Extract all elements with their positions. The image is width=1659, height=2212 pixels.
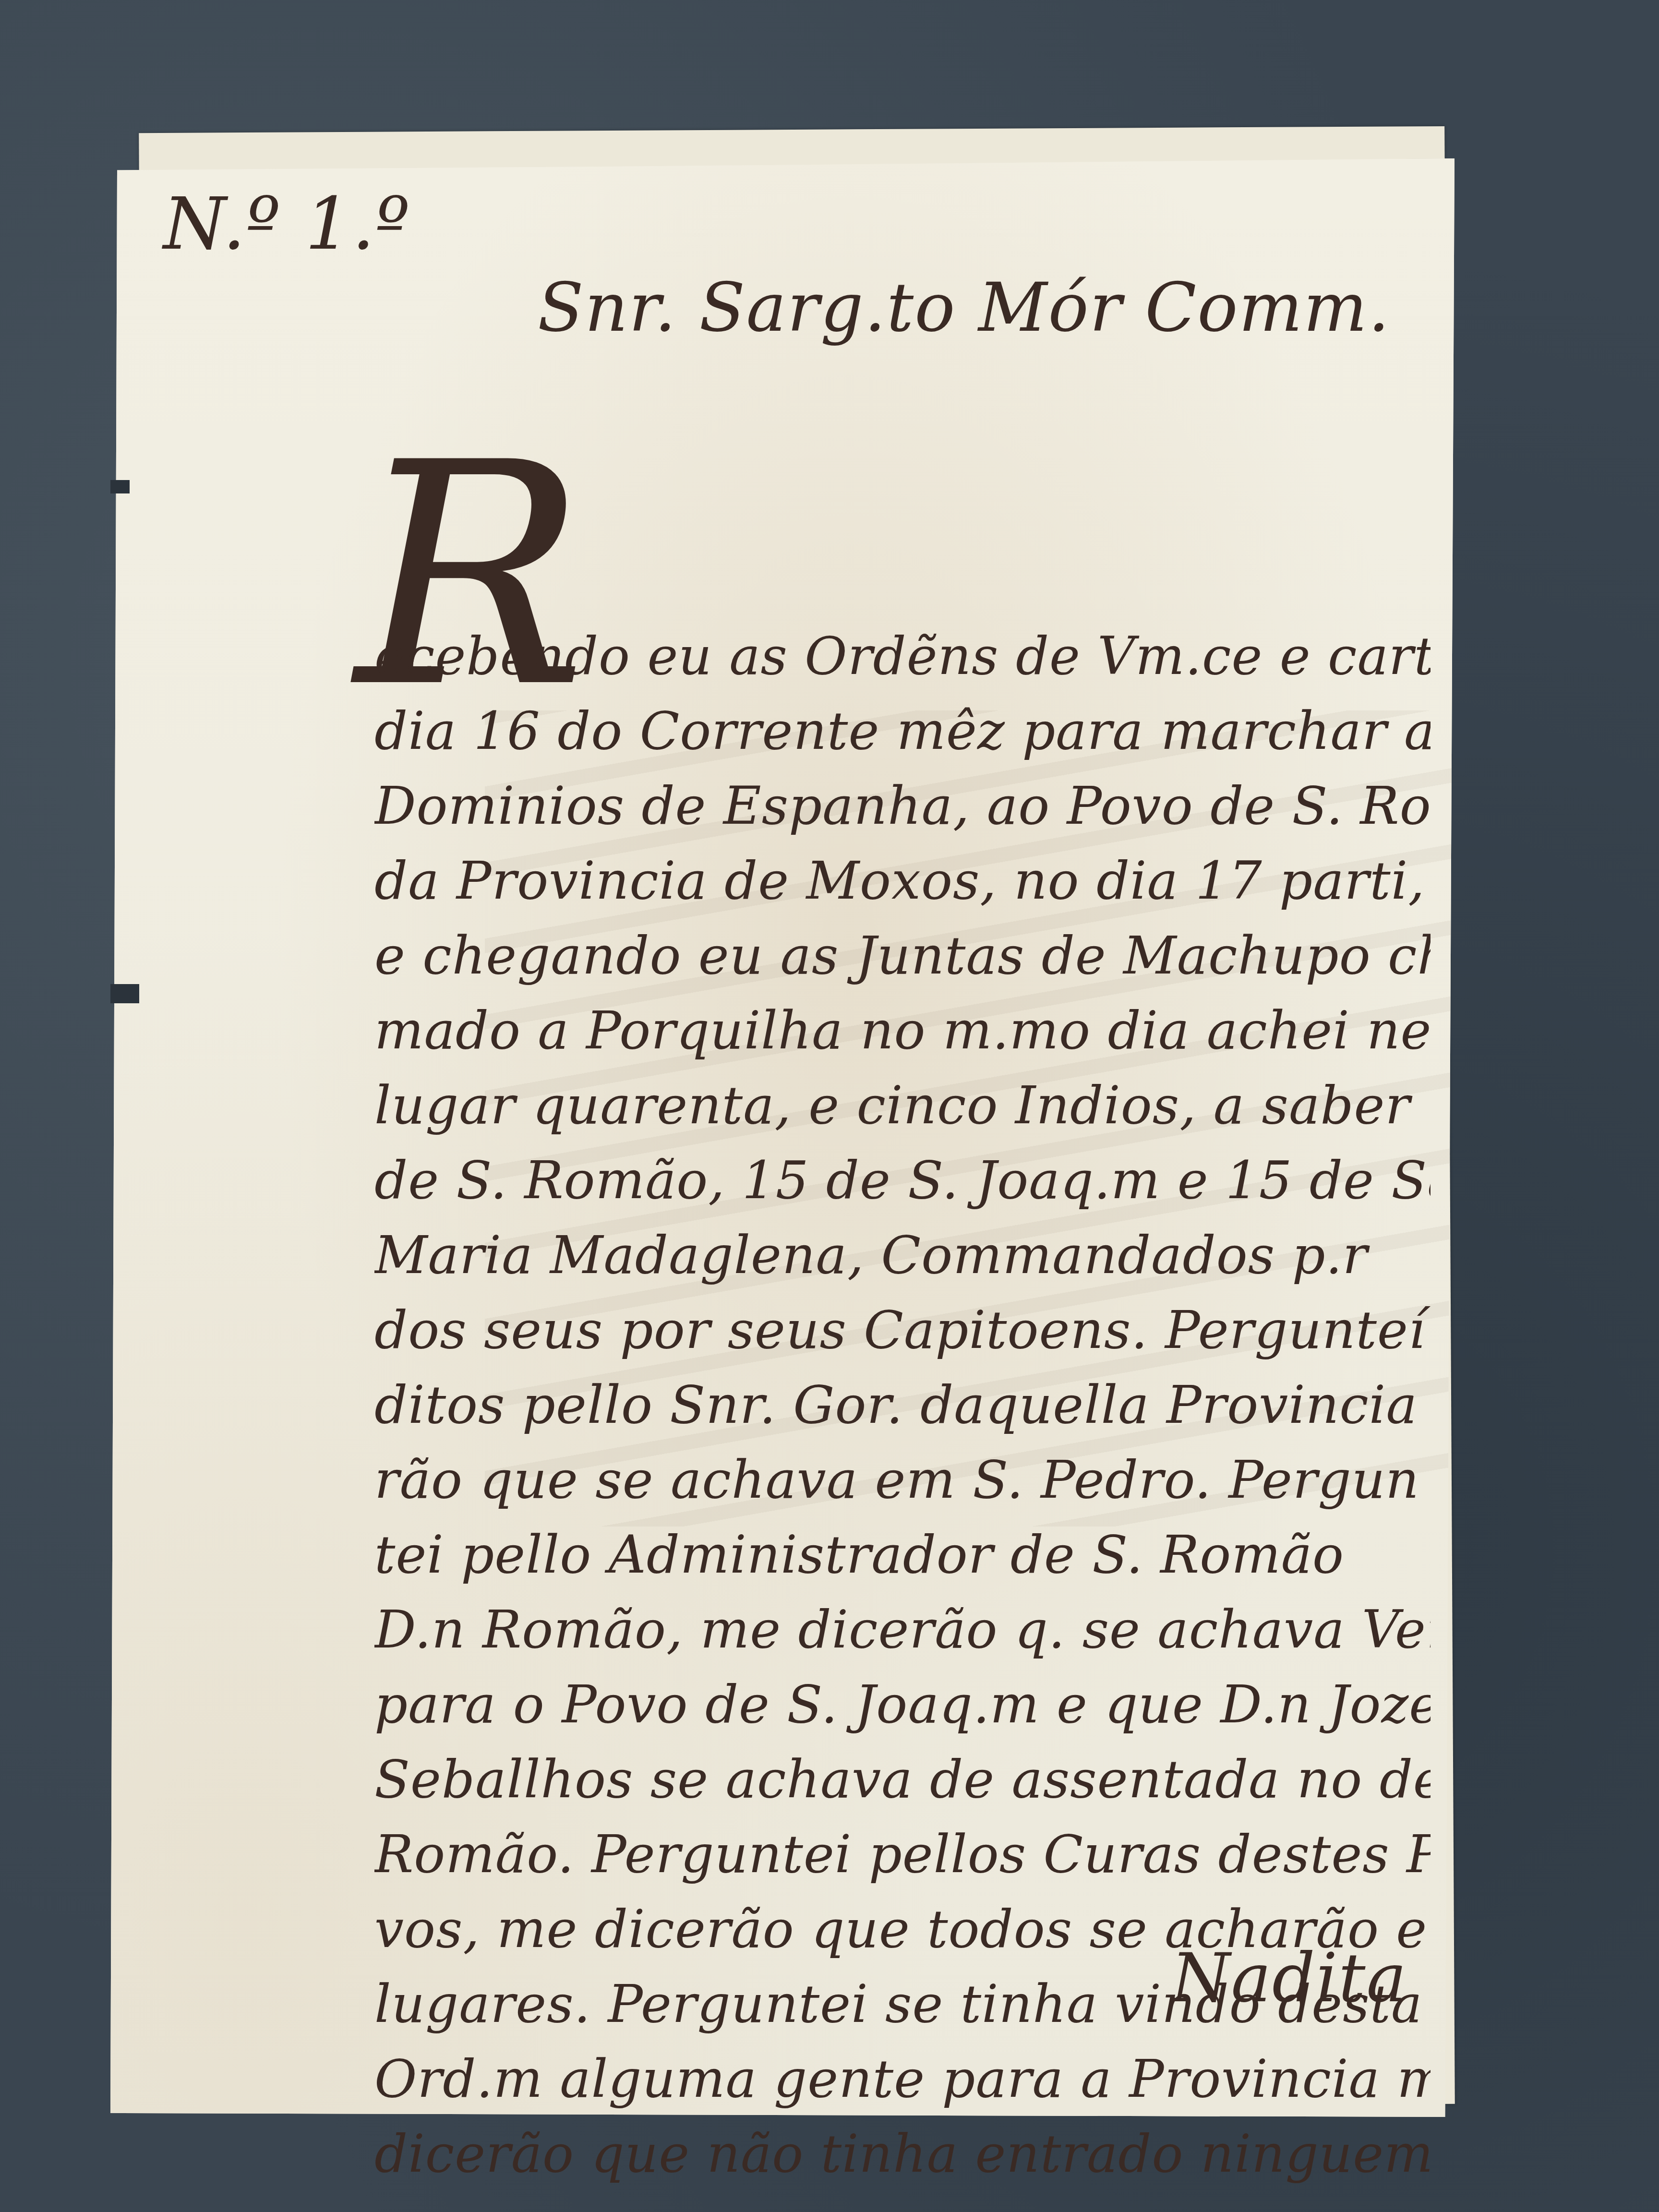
text-line: rão que se achava em S. Pedro. Pergun	[374, 1443, 1431, 1518]
text-line: Ord.m alguma gente para a Provincia me	[374, 2042, 1431, 2117]
text-line: D.n Romão, me dicerão q. se achava Vendi…	[374, 1593, 1431, 1668]
text-line: ecebendo eu as Ordẽns de Vm.ce e carta n…	[374, 619, 1431, 694]
text-line: Maria Madaglena, Commandados p.r	[374, 1218, 1431, 1293]
text-line: Romão. Perguntei pellos Curas destes Po	[374, 1817, 1431, 1892]
text-line: tei pello Administrador de S. Romão	[374, 1518, 1431, 1593]
text-line: e chegando eu as Juntas de Machupo cha	[374, 919, 1431, 994]
page-tear	[110, 984, 139, 1003]
closing-word: Nadita	[1171, 1939, 1407, 2018]
text-line: ditos pello Snr. Gor. daquella Provincia…	[374, 1368, 1431, 1443]
text-line: de S. Romão, 15 de S. Joaq.m e 15 de San…	[374, 1143, 1431, 1218]
text-line: Seballhos se achava de assentada no de S…	[374, 1743, 1431, 1817]
page-tear	[110, 480, 130, 493]
text-line: dia 16 do Corrente mêz para marchar aos	[374, 694, 1431, 769]
text-line: mado a Porquilha no m.mo dia achei neste	[374, 994, 1431, 1069]
text-line: para o Povo de S. Joaq.m e que D.n Joze …	[374, 1668, 1431, 1743]
text-line: da Provincia de Moxos, no dia 17 parti,	[374, 844, 1431, 919]
text-line: lugar quarenta, e cinco Indios, a saber …	[374, 1069, 1431, 1143]
document-number: N.º 1.º	[163, 182, 410, 266]
text-line: dicerão que não tinha entrado ninguem.	[374, 2117, 1431, 2192]
text-line: Dominios de Espanha, ao Povo de S. Romão	[374, 769, 1431, 844]
salutation-heading: Snr. Sarg.to Mór Comm.	[538, 269, 1391, 347]
text-line: dos seus por seus Capitoens. Pergunteí a…	[374, 1293, 1431, 1368]
